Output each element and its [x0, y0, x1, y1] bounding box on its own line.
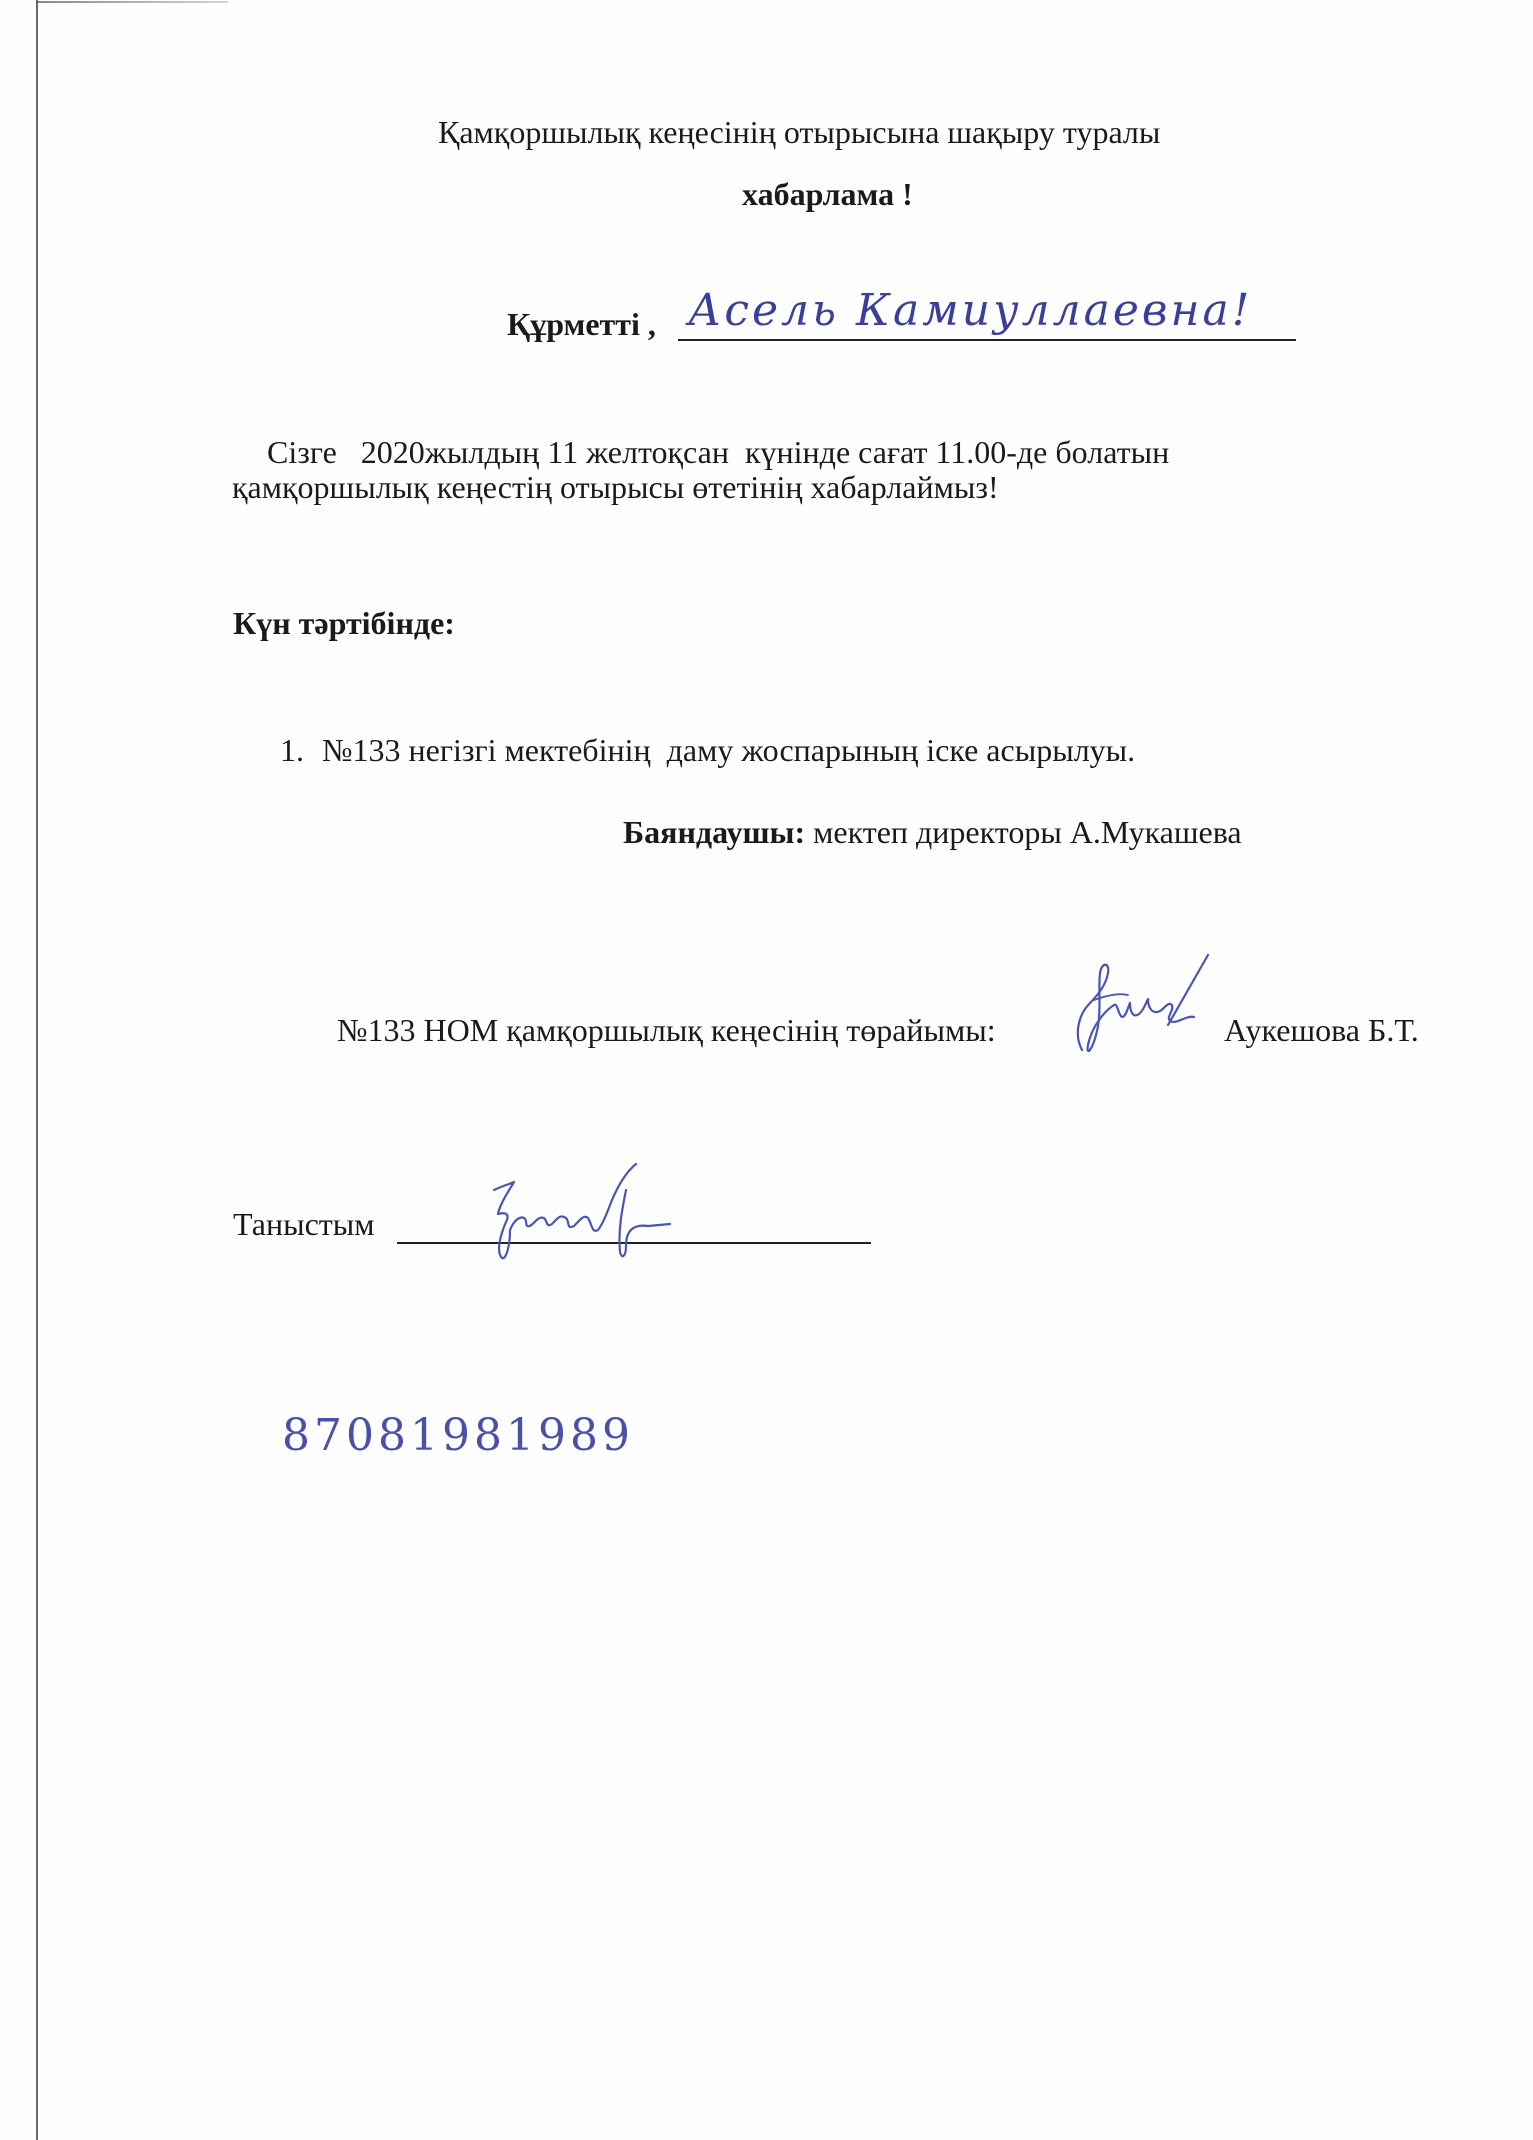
- presenter-label: Баяндаушы:: [623, 814, 805, 850]
- title-bold: хабарлама !: [742, 178, 913, 210]
- body-line-2: қамқоршылық кеңестің отырысы өтетінің ха…: [232, 471, 999, 503]
- chair-signature-icon: [1068, 955, 1218, 1065]
- agenda-heading: Күн тәртібінде:: [233, 607, 455, 639]
- greeting-underline: [678, 339, 1296, 341]
- chair-name: Аукешова Б.Т.: [1224, 1014, 1419, 1046]
- greeting-label: Құрметті ,: [507, 308, 656, 340]
- document-page: Қамқоршылық кеңесінің отырысына шақыру т…: [0, 0, 1533, 2140]
- scan-edge-left: [36, 0, 38, 2140]
- presenter-value: мектеп директоры А.Мукашева: [813, 814, 1241, 850]
- agenda-item-number: 1.: [280, 734, 304, 766]
- acknowledged-signature-icon: [480, 1160, 700, 1265]
- presenter-line: Баяндаушы: мектеп директоры А.Мукашева: [623, 816, 1242, 848]
- scan-edge-top: [38, 1, 228, 3]
- chair-label: №133 НОМ қамқоршылық кеңесінің төрайымы:: [337, 1014, 996, 1046]
- handwritten-name: Асель Камиуллаевна!: [688, 286, 1252, 336]
- handwritten-phone: 87081981989: [282, 1408, 634, 1464]
- body-line-1: Сізге 2020жылдың 11 желтоқсан күнінде са…: [267, 436, 1169, 468]
- agenda-item-text: №133 негізгі мектебінің даму жоспарының …: [322, 734, 1135, 766]
- title-line: Қамқоршылық кеңесінің отырысына шақыру т…: [438, 116, 1160, 148]
- acknowledged-label: Таныстым: [233, 1208, 375, 1240]
